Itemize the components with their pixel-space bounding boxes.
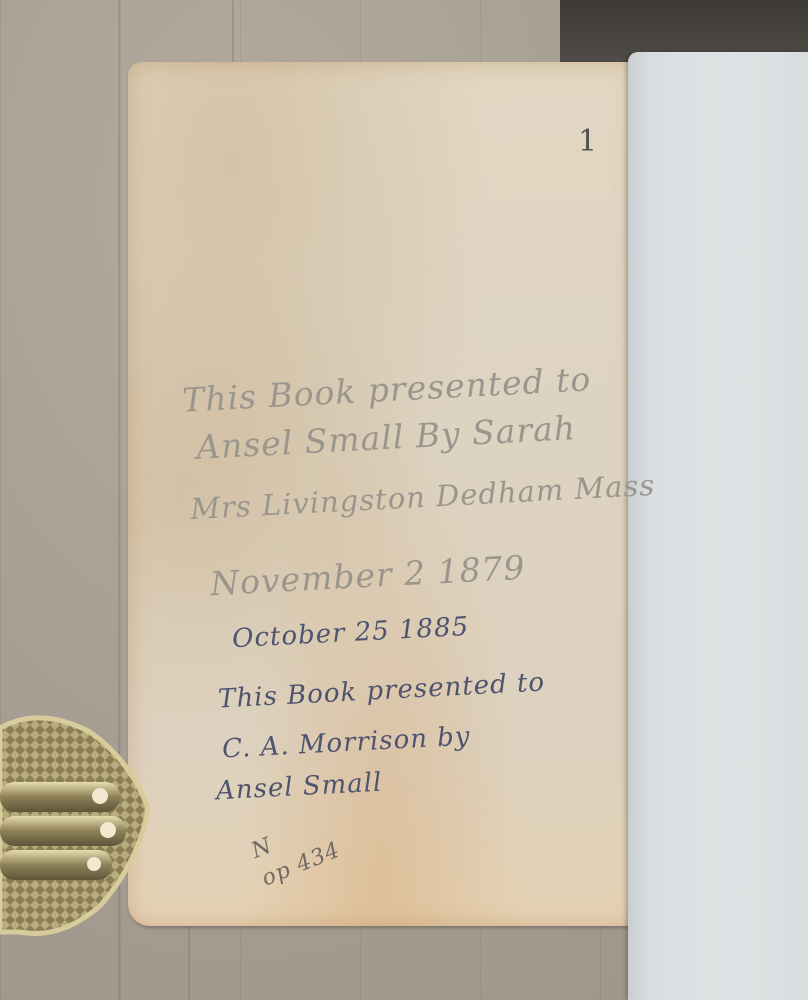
cardboard-crease: [188, 920, 190, 1000]
page-mark: 1: [578, 124, 598, 159]
facing-blank-page: [628, 52, 808, 1000]
brass-clasp-icon: [0, 710, 152, 942]
cardboard-crease: [232, 0, 234, 70]
